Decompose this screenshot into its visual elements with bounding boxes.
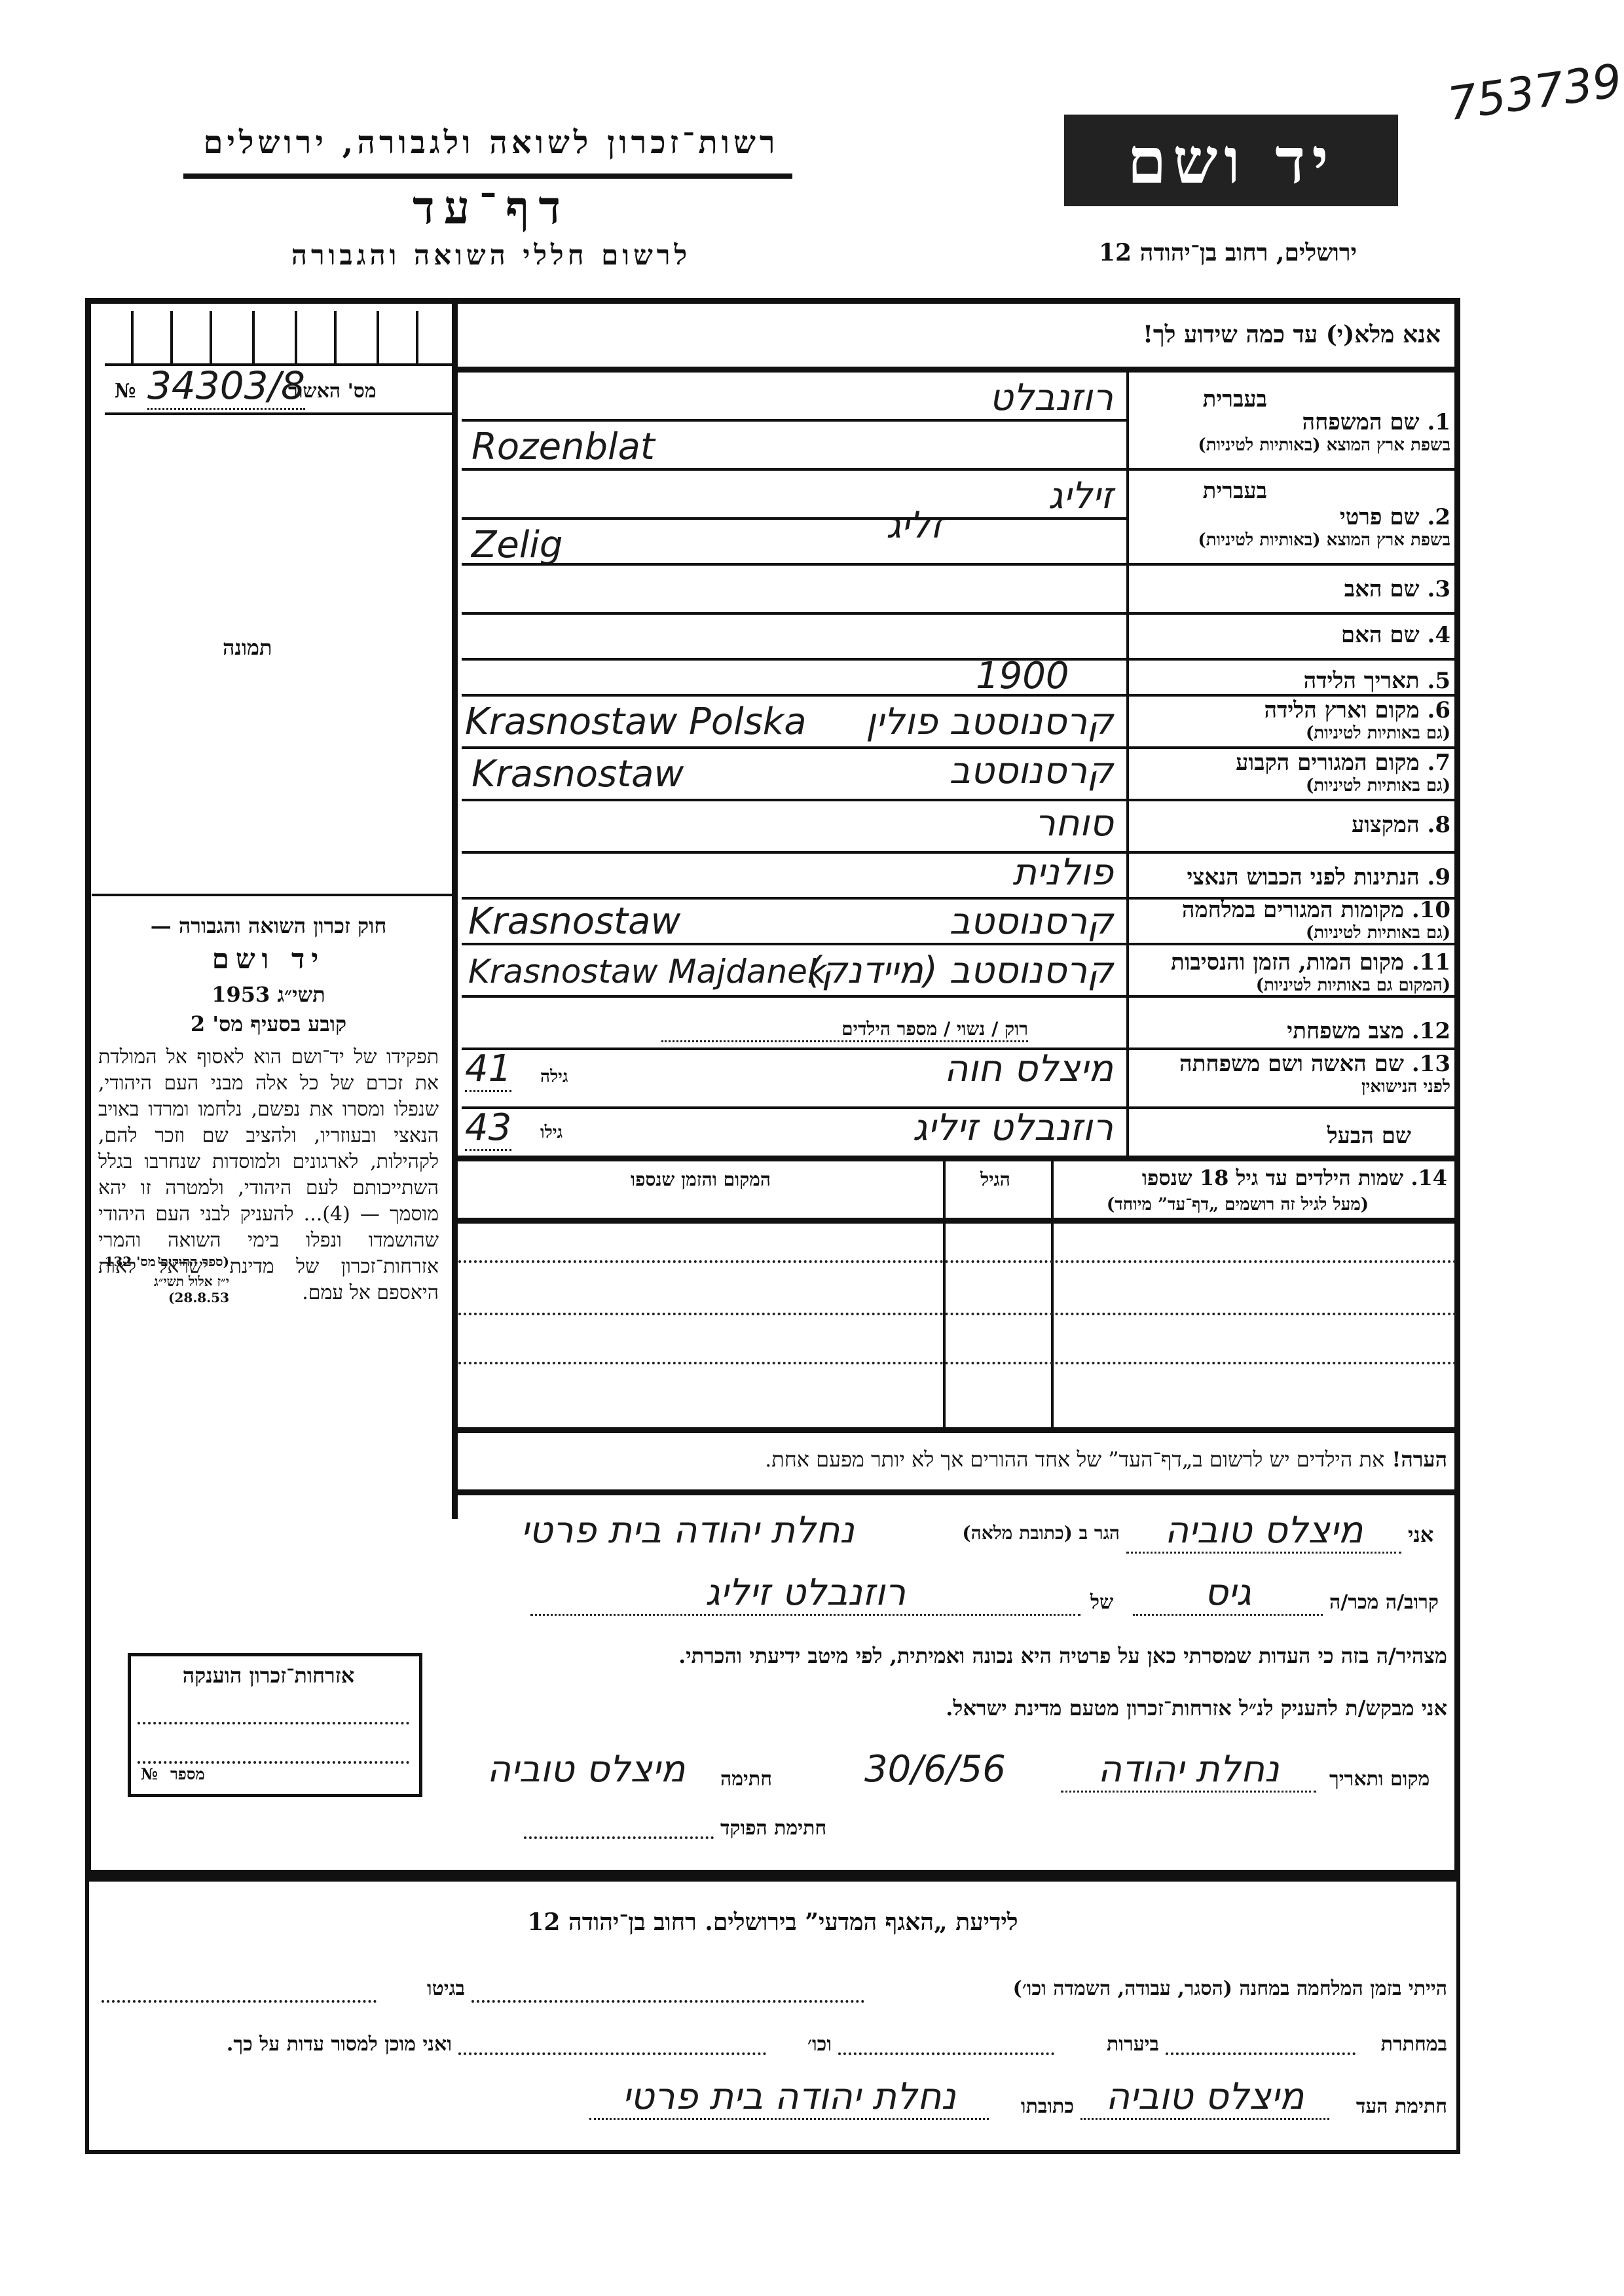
children-label: 14. שמות הילדים עד גיל 18 שנספו [1054,1165,1447,1190]
label-column-divider [1126,370,1129,1159]
field-sub: לפני הנישואין [1136,1077,1450,1097]
logo-text: יד ושם [1127,124,1335,198]
citizenship-number-prefix: № [141,1764,158,1783]
of-name[interactable]: רוזנבלט זיליג [530,1571,1080,1616]
forests-field[interactable] [838,2052,1054,2055]
citizenship-number-label: מספר [170,1764,205,1784]
note-label: הערה! [1392,1447,1447,1472]
signature[interactable]: מיצלס טוביה [458,1748,714,1791]
husband-age[interactable]: 43 [465,1106,511,1151]
value-hebrew[interactable]: רוזנבלט [851,376,1113,419]
child-row[interactable] [458,1260,1457,1263]
field-label: 10. מקומות המגורים במלחמה [1136,897,1450,923]
place[interactable]: נחלת יהודה [1061,1748,1316,1793]
official-signature-line[interactable] [524,1836,714,1839]
citizenship-request: אני מבקש/ת להעניק לנ״ל אזרחות־זכרון מטעם… [688,1696,1447,1721]
value-hebrew[interactable]: זיליג [917,475,1113,517]
field-label: 1. שם המשפחה [1136,409,1450,435]
citizenship-title: אזרחות־זכרון הוענקה [131,1663,406,1688]
field-label: 9. הנתינות לפני הכבוש הנאצי [1136,864,1450,890]
value[interactable]: סוחר [950,802,1113,845]
value-latin[interactable]: Krasnostaw Polska [465,701,807,743]
children-sub: (מעל לגיל זה רושמים „דף־עד” מיוחד) [1054,1195,1421,1214]
instruction: אנא מלא(י) עד כמה שידוע לך! [458,321,1441,348]
official-signature-label: חתימת הפוקד [720,1817,826,1840]
law-source-1: (ספר החוקים מס' 132 [98,1254,229,1270]
value[interactable]: פולנית [917,851,1113,894]
field-label: 4. שם האם [1136,622,1450,648]
value-latin[interactable]: Krasnostaw [471,753,684,795]
citizenship-box: אזרחות־זכרון הוענקה № מספר [128,1653,422,1797]
relation[interactable]: גיס [1133,1571,1323,1616]
signature-label: חתימה [720,1768,772,1791]
value-hebrew-alt[interactable]: זליג [845,504,943,547]
law-source-2: י״ז אלול תשי״ג 28.8.53) [98,1273,229,1305]
value-hebrew[interactable]: קרסנוסטב [884,750,1113,792]
husband-name[interactable]: רוזנבלט זיליג [753,1106,1113,1149]
field-label: 8. המקצוע [1136,812,1450,838]
witness-signature-label: חתימת העד [1336,2095,1447,2118]
col-place-header: המקום והזמן שנספו [458,1169,943,1191]
bottom-line1-b: בגיטו [386,1977,465,2000]
field-label: 2. שם פרטי [1136,504,1450,530]
law-title: חוק זכרון השואה והגבורה — [98,913,439,938]
approval-label: מס' האשור [288,380,377,403]
of-label: של [1090,1591,1113,1614]
bottom-line1-a: הייתי בזמן המלחמה במחנה (הסגר, עבודה, הש… [871,1977,1447,2000]
value-latin[interactable]: Rozenblat [471,426,655,468]
field-sub: (גם באותיות לטיניות) [1136,776,1450,795]
child-row[interactable] [458,1313,1457,1315]
decl-prefix: אני [1408,1522,1433,1547]
husband-age-label: גילו [540,1123,563,1142]
other-field[interactable] [458,2052,766,2055]
bottom-line2-c: וכו׳ [773,2033,832,2056]
value-latin[interactable]: Krasnostaw [468,900,680,943]
left-column-divider [452,301,458,1519]
form-subtitle: לרשום חללי השואה והגבורה [183,239,799,272]
field-sub: (גם באותיות לטיניות) [1136,923,1450,943]
child-row[interactable] [458,1362,1457,1364]
witness-address-bottom[interactable]: נחלת יהודה בית פרטי [589,2075,989,2120]
bottom-heading: לידיעת „האגף המדעי” בירושלים. רחוב בן־יה… [85,1908,1460,1936]
relation-label: קרוב/ה מכר/ה [1329,1591,1439,1614]
law-name: יד ושם [98,943,439,975]
wife-age-label: גילה [540,1067,568,1087]
underground-field[interactable] [1166,2052,1356,2055]
field-label: 3. שם האב [1136,576,1450,602]
archive-number: 753739 [1445,54,1624,131]
approval-number: 34303/8 [147,363,305,410]
law-clause: קובע בסעיף מס' 2 [98,1011,439,1036]
org-line: רשות־זכרון לשואה ולגבורה, ירושלים [183,124,799,161]
approval-prefix: № [115,380,136,403]
declaration-statement: מצהיר/ה בזה כי העדות שמסרתי כאן על פרטיה… [458,1643,1447,1668]
field-sub: (המקום גם באותיות לטיניות) [1136,975,1450,995]
camp-field[interactable] [471,2000,864,2003]
witness-name[interactable]: מיצלס טוביה [1126,1509,1401,1554]
header-divider [183,173,792,179]
field-sub: בשפת ארץ המוצא (באותיות לטיניות) [1136,435,1450,455]
bottom-line2-a: במחתרת [1362,2033,1447,2056]
bottom-line2-d: ואני מוכן למסור עדות על כך. [92,2033,452,2056]
field-label: 13. שם האשה ושם משפחתה [1136,1051,1450,1077]
field-sub: (גם באותיות לטיניות) [1136,723,1450,743]
value-hebrew[interactable]: קרסנוסטב [884,900,1113,943]
place-date-label: מקום ותאריך [1329,1768,1430,1791]
date[interactable]: 30/6/56 [864,1748,1006,1791]
header-address: ירושלים, רחוב בן־יהודה 12 [1061,239,1395,266]
witness-address[interactable]: נחלת יהודה בית פרטי [458,1509,917,1552]
ghetto-field[interactable] [101,2000,377,2003]
hebrew-tag: בעברית [1136,386,1267,412]
field-label: 5. תאריך הלידה [1136,668,1450,694]
field-label: 6. מקום וארץ הלידה [1136,697,1450,723]
children-note: הערה! את הילדים יש לרשום ב„דף־העד” של אח… [458,1447,1447,1472]
field-label: שם הבעל [1136,1123,1411,1149]
value-latin[interactable]: Krasnostaw Majdanek [468,953,826,991]
field-label: 7. מקום המגורים הקבוע [1136,750,1450,776]
field-label: 12. מצב משפחתי [1136,1018,1450,1044]
wife-name[interactable]: מיצלס חוה [819,1048,1113,1090]
photo-label: תמונה [223,635,272,660]
note-text: את הילדים יש לרשום ב„דף־העד” של אחד ההור… [765,1447,1384,1472]
hebrew-tag: בעברית [1136,478,1267,504]
witness-address-label: כתובתו [995,2095,1074,2118]
law-year: תשי״ג 1953 [98,982,439,1007]
form-title: דף־עד [183,180,799,235]
resides-label: הגר ב (כתובת מלאה) [923,1522,1120,1544]
col-age-header: הגיל [943,1169,1048,1191]
value-hebrew[interactable]: קרסנוסטב פולין [851,701,1113,743]
bottom-line2-b: ביערות [1061,2033,1159,2056]
field-sub: בשפת ארץ המוצא (באותיות לטיניות) [1136,530,1450,550]
field-label: 11. מקום המות, הזמן והנסיבות [1136,949,1450,975]
marital-status-options[interactable]: רוק / נשוי / מספר הילדים [661,1018,1028,1042]
witness-signature[interactable]: מיצלס טוביה [1080,2075,1329,2120]
wife-age[interactable]: 41 [465,1048,511,1092]
yad-vashem-logo: יד ושם [1064,115,1398,206]
value[interactable]: 1900 [976,655,1069,697]
value-latin[interactable]: Zelig [471,524,563,566]
